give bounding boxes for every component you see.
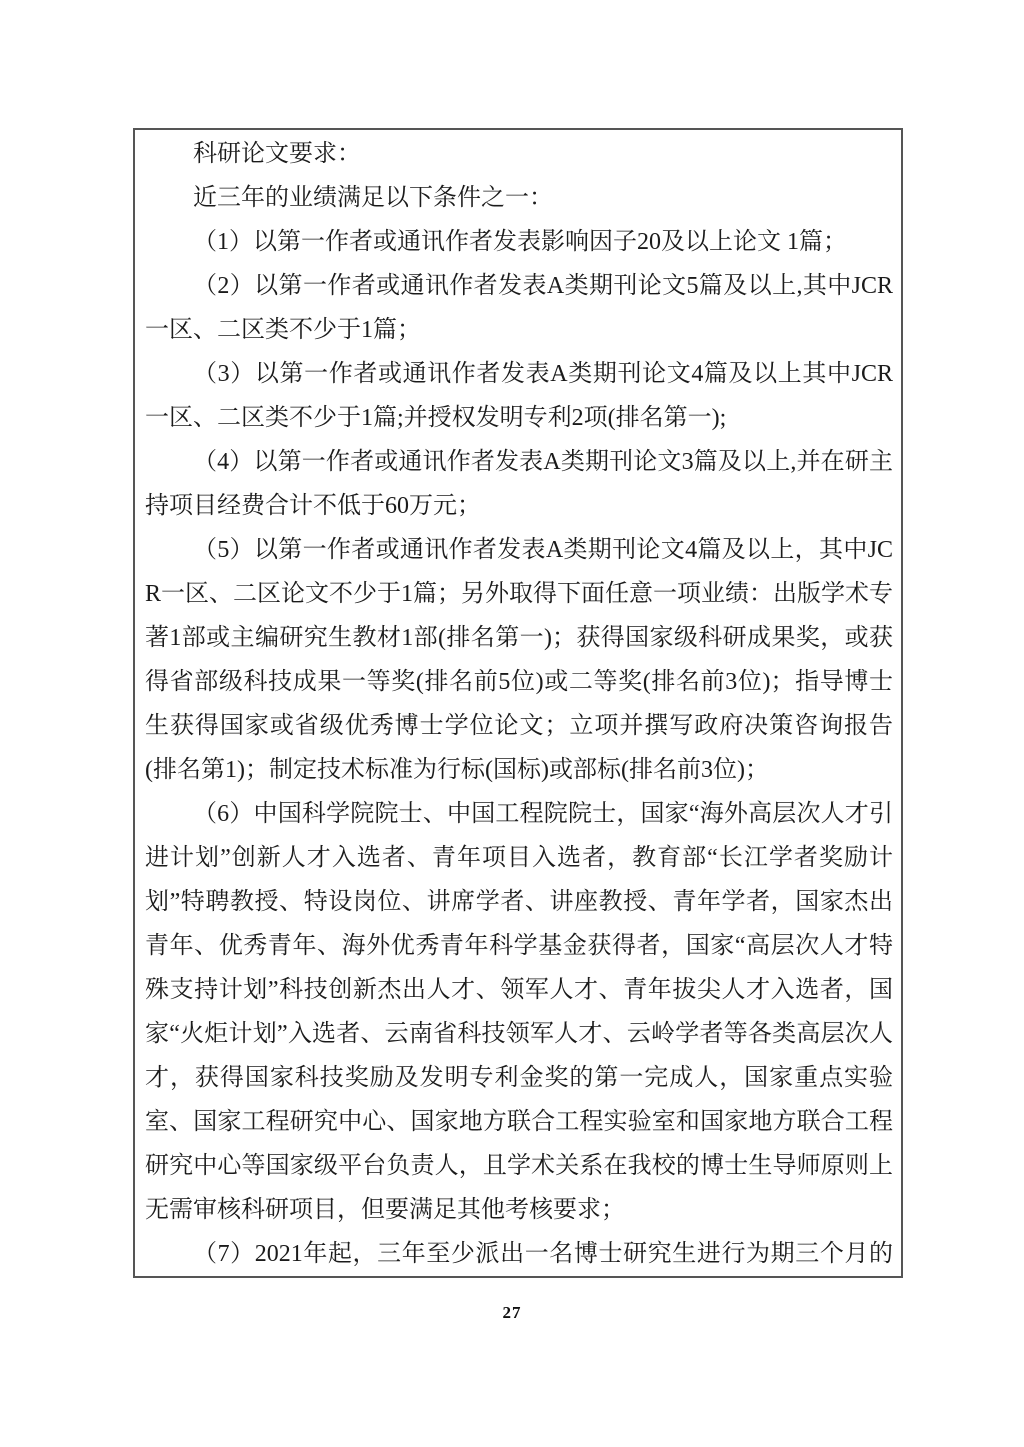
document-page: 科研论文要求： 近三年的业绩满足以下条件之一： （1）以第一作者或通讯作者发表影… bbox=[0, 0, 1024, 1447]
requirement-item-7: （7）2021年起，三年至少派出一名博士研究生进行为期三个月的海 bbox=[145, 1232, 893, 1278]
requirement-item-3: （3）以第一作者或通讯作者发表A类期刊论文4篇及以上其中JCR一区、二区类不少于… bbox=[145, 352, 893, 440]
table-cell-border: 科研论文要求： 近三年的业绩满足以下条件之一： （1）以第一作者或通讯作者发表影… bbox=[133, 128, 903, 1278]
requirement-item-2: （2）以第一作者或通讯作者发表A类期刊论文5篇及以上,其中JCR一区、二区类不少… bbox=[145, 264, 893, 352]
requirement-item-6: （6）中国科学院院士、中国工程院院士，国家“海外高层次人才引进计划”创新人才入选… bbox=[145, 792, 893, 1232]
intro-line: 近三年的业绩满足以下条件之一： bbox=[145, 176, 893, 220]
requirement-item-1: （1）以第一作者或通讯作者发表影响因子20及以上论文 1篇； bbox=[145, 220, 893, 264]
section-title: 科研论文要求： bbox=[145, 132, 893, 176]
requirement-item-5: （5）以第一作者或通讯作者发表A类期刊论文4篇及以上，其中JCR一区、二区论文不… bbox=[145, 528, 893, 792]
requirement-item-4: （4）以第一作者或通讯作者发表A类期刊论文3篇及以上,并在研主持项目经费合计不低… bbox=[145, 440, 893, 528]
page-number: 27 bbox=[0, 1303, 1024, 1323]
